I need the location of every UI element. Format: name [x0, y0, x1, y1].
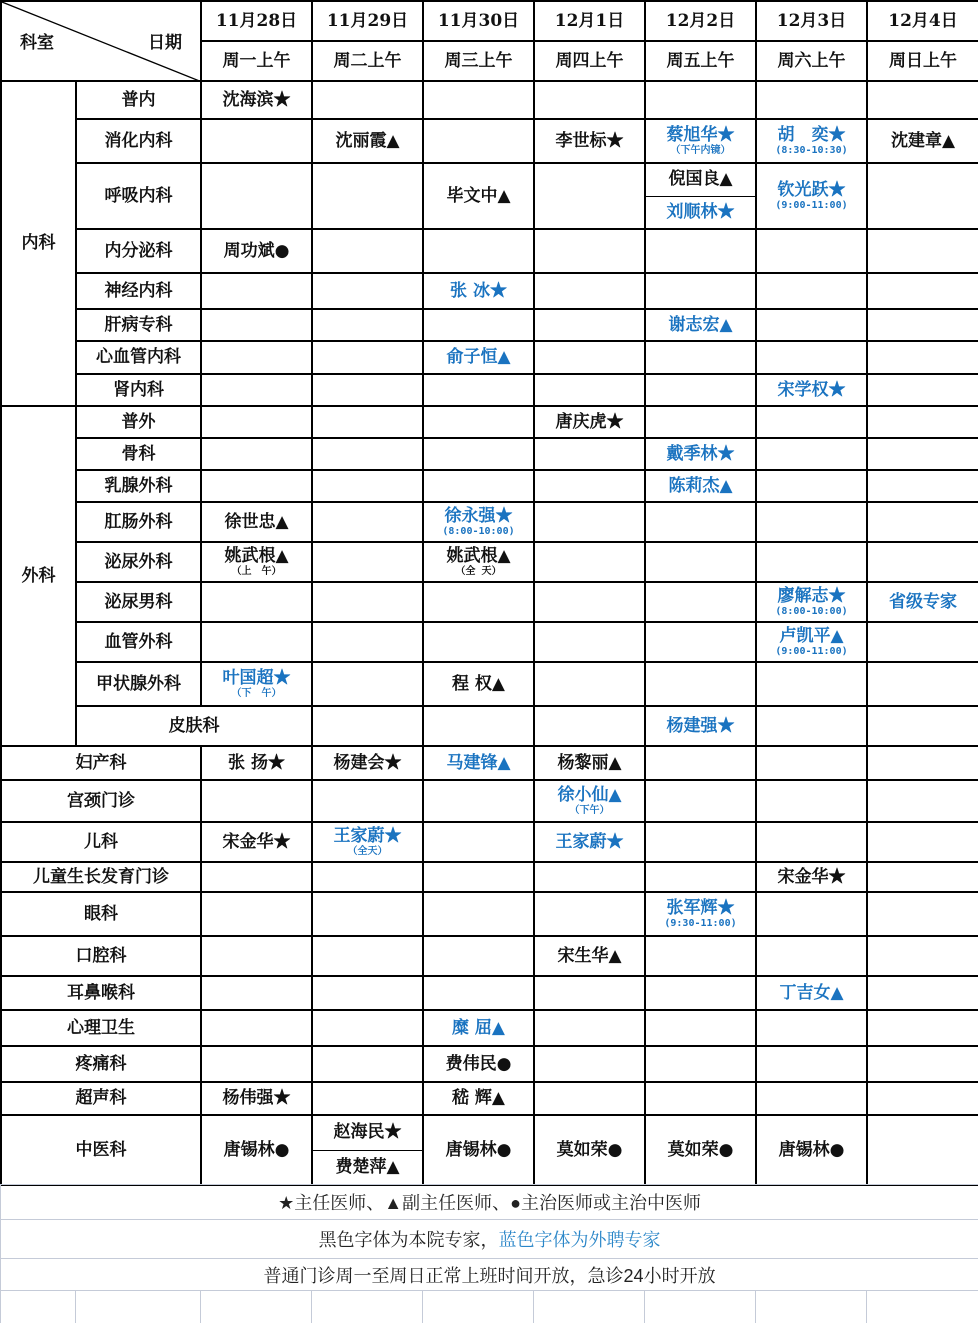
- table-row: 皮肤科 杨建强★: [1, 706, 978, 746]
- table-row: 妇产科 张 扬★ 杨建会★ 马建锋▲ 杨黎丽▲: [1, 746, 978, 780]
- doctor-cell: 徐永强★(8:00-10:00): [423, 502, 534, 542]
- doctor-cell: 刘顺林★: [645, 196, 756, 229]
- table-row: 口腔科 宋生华▲: [1, 936, 978, 976]
- doctor-cell: 杨伟强★: [201, 1082, 312, 1115]
- weekday-header: 周五上午: [645, 41, 756, 81]
- doctor-cell: 毕文中▲: [423, 163, 534, 229]
- doctor-note: （全天）: [313, 847, 422, 857]
- doctor-cell: 杨建强★: [645, 706, 756, 746]
- dept-label: 甲状腺外科: [76, 662, 201, 706]
- dept-label: 心血管内科: [76, 341, 201, 374]
- doctor-cell: 谢志宏▲: [645, 309, 756, 341]
- table-row: 耳鼻喉科 丁吉女▲: [1, 976, 978, 1010]
- legend-symbols: ★主任医师、▲副主任医师、●主治医师或主治中医师: [1, 1185, 978, 1220]
- table-row: 外科 普外 唐庆虎★: [1, 406, 978, 438]
- dept-label: 泌尿外科: [76, 542, 201, 582]
- table-row: 中医科 唐锡林● 赵海民★ 唐锡林● 莫如荣● 莫如荣● 唐锡林●: [1, 1115, 978, 1150]
- table-row: 内科 普内 沈海滨★: [1, 81, 978, 119]
- doctor-cell: 费伟民●: [423, 1046, 534, 1082]
- table-row: 肝病专科 谢志宏▲: [1, 309, 978, 341]
- table-row: 肾内科 宋学权★: [1, 374, 978, 406]
- weekday-header: 周四上午: [534, 41, 645, 81]
- dept-label: 妇产科: [1, 746, 201, 780]
- doctor-cell: 倪国良▲: [645, 163, 756, 196]
- doctor-cell: 糜 屈▲: [423, 1010, 534, 1046]
- dept-label: 耳鼻喉科: [1, 976, 201, 1010]
- date-header: 12月4日: [867, 1, 978, 41]
- table-row: 乳腺外科 陈莉杰▲: [1, 470, 978, 502]
- doctor-note: （下午）: [535, 806, 644, 816]
- weekday-header: 周三上午: [423, 41, 534, 81]
- table-row: 消化内科 沈丽霞▲ 李世标★ 蔡旭华★（下午内镜） 胡 奕★(8:30-10:3…: [1, 119, 978, 163]
- doctor-cell: 李世标★: [534, 119, 645, 163]
- dept-label: 神经内科: [76, 273, 201, 309]
- table-row: 泌尿男科 廖解志★(8:00-10:00) 省级专家: [1, 582, 978, 622]
- doctor-cell: 戴季林★: [645, 438, 756, 470]
- legend-black-text: 黑色字体为本院专家，: [319, 1230, 499, 1250]
- dept-label: 宫颈门诊: [1, 780, 201, 822]
- group-label-internal: 内科: [1, 81, 76, 406]
- outpatient-schedule-table: 科室 日期 11月28日 11月29日 11月30日 12月1日 12月2日 1…: [0, 0, 978, 1186]
- dept-label: 普外: [76, 406, 201, 438]
- doctor-cell: 卢凯平▲(9:00-11:00): [756, 622, 867, 662]
- dept-label: 儿童生长发育门诊: [1, 862, 201, 892]
- doctor-cell: 唐锡林●: [423, 1115, 534, 1185]
- doctor-cell: 廖解志★(8:00-10:00): [756, 582, 867, 622]
- doctor-name: 钦光跃★: [778, 180, 846, 200]
- corner-dept-label: 科室: [20, 34, 54, 53]
- table-row: 心理卫生 糜 屈▲: [1, 1010, 978, 1046]
- table-row: 甲状腺外科 叶国超★（下 午） 程 权▲: [1, 662, 978, 706]
- doctor-note: （全 天）: [424, 567, 533, 577]
- doctor-cell: 宋金华★: [756, 862, 867, 892]
- table-row: 肛肠外科 徐世忠▲ 徐永强★(8:00-10:00): [1, 502, 978, 542]
- doctor-cell: 省级专家: [867, 582, 978, 622]
- dept-label: 呼吸内科: [76, 163, 201, 229]
- doctor-name: 胡 奕★: [778, 125, 846, 145]
- doctor-cell: 张军辉★(9:30-11:00): [645, 892, 756, 936]
- doctor-cell: 胡 奕★(8:30-10:30): [756, 119, 867, 163]
- dept-label: 消化内科: [76, 119, 201, 163]
- doctor-cell: 沈海滨★: [201, 81, 312, 119]
- doctor-name: 张军辉★: [667, 898, 735, 918]
- doctor-cell: 钦光跃★(9:00-11:00): [756, 163, 867, 229]
- table-row: 泌尿外科 姚武根▲（上 午） 姚武根▲（全 天）: [1, 542, 978, 582]
- corner-date-label: 日期: [148, 34, 182, 53]
- doctor-name: 徐小仙▲: [557, 785, 621, 805]
- doctor-name: 姚武根▲: [224, 546, 288, 566]
- doctor-name: 廖解志★: [778, 586, 846, 606]
- doctor-note: （下 午）: [202, 689, 311, 699]
- dept-label: 肾内科: [76, 374, 201, 406]
- dept-label: 超声科: [1, 1082, 201, 1115]
- table-row: 骨科 戴季林★: [1, 438, 978, 470]
- doctor-cell: 周功斌●: [201, 229, 312, 273]
- dept-label: 泌尿男科: [76, 582, 201, 622]
- dept-label: 儿科: [1, 822, 201, 862]
- table-row: 儿科 宋金华★ 王家蔚★（全天） 王家蔚★: [1, 822, 978, 862]
- table-row: 超声科 杨伟强★ 嵇 辉▲: [1, 1082, 978, 1115]
- doctor-cell: 张 冰★: [423, 273, 534, 309]
- doctor-note: (8:30-10:30): [757, 146, 866, 156]
- doctor-name: 姚武根▲: [446, 546, 510, 566]
- doctor-cell: 程 权▲: [423, 662, 534, 706]
- doctor-cell: 费楚萍▲: [312, 1150, 423, 1185]
- weekday-header: 周日上午: [867, 41, 978, 81]
- dept-label: 疼痛科: [1, 1046, 201, 1082]
- doctor-cell: 沈丽霞▲: [312, 119, 423, 163]
- dept-label: 内分泌科: [76, 229, 201, 273]
- doctor-note: (9:00-11:00): [757, 201, 866, 211]
- dept-label: 眼科: [1, 892, 201, 936]
- doctor-cell: 马建锋▲: [423, 746, 534, 780]
- dept-label: 骨科: [76, 438, 201, 470]
- table-row: 呼吸内科 毕文中▲ 倪国良▲ 钦光跃★(9:00-11:00): [1, 163, 978, 196]
- doctor-cell: 宋金华★: [201, 822, 312, 862]
- doctor-cell: 唐锡林●: [201, 1115, 312, 1185]
- legend-blue-text: 蓝色字体为外聘专家: [499, 1230, 661, 1250]
- header-corner: 科室 日期: [1, 1, 201, 81]
- doctor-cell: 宋学权★: [756, 374, 867, 406]
- dept-label: 普内: [76, 81, 201, 119]
- doctor-cell: 徐小仙▲（下午）: [534, 780, 645, 822]
- doctor-note: (9:30-11:00): [646, 919, 755, 929]
- table-row: 儿童生长发育门诊 宋金华★: [1, 862, 978, 892]
- doctor-cell: 唐锡林●: [756, 1115, 867, 1185]
- table-row: 疼痛科 费伟民●: [1, 1046, 978, 1082]
- table-row: 心血管内科 俞子恒▲: [1, 341, 978, 374]
- doctor-cell: 王家蔚★（全天）: [312, 822, 423, 862]
- weekday-header: 周六上午: [756, 41, 867, 81]
- table-row: 眼科 张军辉★(9:30-11:00): [1, 892, 978, 936]
- doctor-note: （下午内镜）: [646, 146, 755, 156]
- doctor-cell: 嵇 辉▲: [423, 1082, 534, 1115]
- doctor-cell: 徐世忠▲: [201, 502, 312, 542]
- doctor-cell: 叶国超★（下 午）: [201, 662, 312, 706]
- doctor-name: 叶国超★: [223, 668, 291, 688]
- group-label-surgery: 外科: [1, 406, 76, 746]
- weekday-header: 周一上午: [201, 41, 312, 81]
- doctor-cell: 张 扬★: [201, 746, 312, 780]
- weekday-header: 周二上午: [312, 41, 423, 81]
- doctor-cell: 宋生华▲: [534, 936, 645, 976]
- table-row: 宫颈门诊 徐小仙▲（下午）: [1, 780, 978, 822]
- doctor-cell: 俞子恒▲: [423, 341, 534, 374]
- date-header: 12月3日: [756, 1, 867, 41]
- doctor-note: （上 午）: [202, 567, 311, 577]
- doctor-note: (8:00-10:00): [757, 607, 866, 617]
- doctor-cell: 陈莉杰▲: [645, 470, 756, 502]
- legend-colors: 黑色字体为本院专家，蓝色字体为外聘专家: [1, 1220, 978, 1259]
- dept-label: 血管外科: [76, 622, 201, 662]
- doctor-name: 蔡旭华★: [667, 125, 735, 145]
- table-row: 内分泌科 周功斌●: [1, 229, 978, 273]
- empty-row: [1, 1291, 978, 1323]
- date-header: 11月30日: [423, 1, 534, 41]
- doctor-cell: 蔡旭华★（下午内镜）: [645, 119, 756, 163]
- doctor-note: (8:00-10:00): [424, 527, 533, 537]
- doctor-cell: 姚武根▲（全 天）: [423, 542, 534, 582]
- legend-table: ★主任医师、▲副主任医师、●主治医师或主治中医师 黑色字体为本院专家，蓝色字体为…: [0, 1184, 978, 1323]
- date-header: 11月28日: [201, 1, 312, 41]
- dept-label: 肛肠外科: [76, 502, 201, 542]
- dept-label: 乳腺外科: [76, 470, 201, 502]
- table-row: 血管外科 卢凯平▲(9:00-11:00): [1, 622, 978, 662]
- doctor-cell: 杨建会★: [312, 746, 423, 780]
- table-row: 神经内科 张 冰★: [1, 273, 978, 309]
- dept-label: 口腔科: [1, 936, 201, 976]
- doctor-name: 王家蔚★: [334, 826, 402, 846]
- date-header: 12月1日: [534, 1, 645, 41]
- doctor-cell: 赵海民★: [312, 1115, 423, 1150]
- doctor-name: 卢凯平▲: [779, 626, 843, 646]
- dept-label: 心理卫生: [1, 1010, 201, 1046]
- doctor-cell: 王家蔚★: [534, 822, 645, 862]
- doctor-note: (9:00-11:00): [757, 647, 866, 657]
- dept-label: 肝病专科: [76, 309, 201, 341]
- dept-label: 中医科: [1, 1115, 201, 1185]
- doctor-cell: 杨黎丽▲: [534, 746, 645, 780]
- date-header: 11月29日: [312, 1, 423, 41]
- dept-label: 皮肤科: [76, 706, 312, 746]
- doctor-cell: 莫如荣●: [534, 1115, 645, 1185]
- doctor-cell: 姚武根▲（上 午）: [201, 542, 312, 582]
- legend-hours: 普通门诊周一至周日正常上班时间开放，急诊24小时开放: [1, 1259, 978, 1291]
- doctor-cell: 沈建章▲: [867, 119, 978, 163]
- doctor-name: 徐永强★: [445, 506, 513, 526]
- doctor-cell: 丁吉女▲: [756, 976, 867, 1010]
- doctor-cell: 唐庆虎★: [534, 406, 645, 438]
- date-header: 12月2日: [645, 1, 756, 41]
- doctor-cell: 莫如荣●: [645, 1115, 756, 1185]
